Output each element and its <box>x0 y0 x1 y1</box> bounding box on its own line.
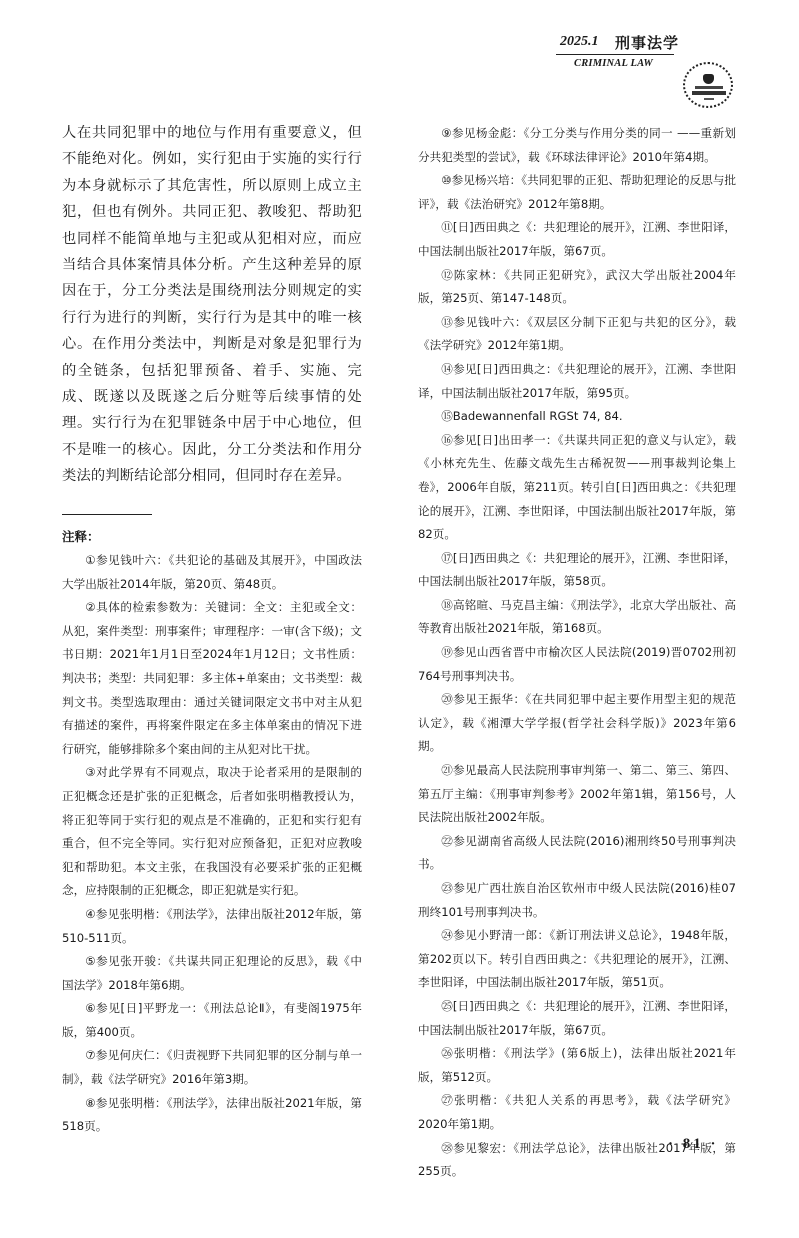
footnote-number: ㉔ <box>441 928 453 942</box>
footnote-separator <box>62 514 152 515</box>
footnote: ⑲参见山西省晋中市榆次区人民法院(2019)晋0702刑初764号刑事判决书。 <box>418 641 736 688</box>
footnote-number: ② <box>85 600 96 614</box>
footnote-number: ⑲ <box>441 645 453 659</box>
logo-text-line <box>692 91 726 95</box>
footnote-number: ⑦ <box>85 1048 96 1062</box>
footnote-number: ⑱ <box>441 598 453 612</box>
footnote-text: 参见张明楷：《刑法学》，法律出版社2012年版，第510-511页。 <box>62 907 362 945</box>
footnotes-left: ①参见钱叶六：《共犯论的基础及其展开》，中国政法大学出版社2014年版，第20页… <box>62 549 362 1139</box>
footnote: ⑫陈家林：《共同正犯研究》，武汉大学出版社2004年版，第25页、第147-14… <box>418 264 736 311</box>
shield-icon <box>703 74 714 84</box>
running-header: 2025.1 刑事法学 CRIMINAL LAW <box>560 34 799 106</box>
footnote-number: ㉑ <box>441 763 453 777</box>
logo-text-line <box>704 98 714 100</box>
footnote-text: 陈家林：《共同正犯研究》，武汉大学出版社2004年版，第25页、第147-148… <box>418 268 736 306</box>
footnote-text: 具体的检索参数为：关键词：全文：主犯或全文：从犯，案件类型：刑事案件；审理程序：… <box>62 600 362 756</box>
footnote-text: 参见广西壮族自治区钦州市中级人民法院(2016)桂07刑终101号刑事判决书。 <box>418 881 736 919</box>
seal-logo-icon <box>683 62 733 108</box>
footnote-text: 参见何庆仁：《归责视野下共同犯罪的区分制与单一制》，载《法学研究》2016年第3… <box>62 1048 362 1086</box>
body-paragraph: 人在共同犯罪中的地位与作用有重要意义，但不能绝对化。例如，实行犯由于实施的实行行… <box>62 120 362 490</box>
footnote-number: ㉒ <box>441 834 453 848</box>
journal-title: 刑事法学 <box>615 32 679 53</box>
footnote: ⑬参见钱叶六：《双层区分制下正犯与共犯的区分》，载《法学研究》2012年第1期。 <box>418 311 736 358</box>
footnote-text: 参见张开骏：《共谋共同正犯理论的反思》，载《中国法学》2018年第6期。 <box>62 954 362 992</box>
issue-number: 2025.1 <box>560 34 599 50</box>
footnote-text: 参见最高人民法院刑事审判第一、第二、第三、第四、第五厅主编：《刑事审判参考》20… <box>418 763 736 824</box>
footnote-text: 高铭暄、马克昌主编：《刑法学》，北京大学出版社、高等教育出版社2021年版，第1… <box>418 598 736 636</box>
footnote-number: ㉓ <box>441 881 453 895</box>
footnote: ㉖张明楷：《刑法学》(第6版上)，法律出版社2021年版，第512页。 <box>418 1042 736 1089</box>
footnote: ⑭参见[日]西田典之：《共犯理论的展开》，江溯、李世阳译，中国法制出版社2017… <box>418 358 736 405</box>
footnote: ㉓参见广西壮族自治区钦州市中级人民法院(2016)桂07刑终101号刑事判决书。 <box>418 877 736 924</box>
footnote-text: Badewannenfall RGSt 74, 84. <box>453 409 623 423</box>
footnote-text: 参见钱叶六：《双层区分制下正犯与共犯的区分》，载《法学研究》2012年第1期。 <box>418 315 736 353</box>
footnote-number: ⑰ <box>441 551 453 565</box>
footnote-text: 参见[日]平野龙一：《刑法总论Ⅱ》，有斐阁1975年版，第400页。 <box>62 1001 362 1039</box>
footnote-text: 参见[日]西田典之：《共犯理论的展开》，江溯、李世阳译，中国法制出版社2017年… <box>418 362 736 400</box>
footnote-number: ⑩ <box>441 173 451 187</box>
footnote-number: ⑤ <box>85 954 96 968</box>
footnote: ⑨参见杨金彪：《分工分类与作用分类的同一 ——重新划分共犯类型的尝试》，载《环球… <box>418 122 736 169</box>
footnote: ⑱高铭暄、马克昌主编：《刑法学》，北京大学出版社、高等教育出版社2021年版，第… <box>418 594 736 641</box>
journal-title-en: CRIMINAL LAW <box>574 58 653 69</box>
footnote: ④参见张明楷：《刑法学》，法律出版社2012年版，第510-511页。 <box>62 903 362 950</box>
footnote: ⑥参见[日]平野龙一：《刑法总论Ⅱ》，有斐阁1975年版，第400页。 <box>62 997 362 1044</box>
footnote-number: ⑪ <box>441 220 453 234</box>
footnote-text: 对此学界有不同观点，取决于论者采用的是限制的正犯概念还是扩张的正犯概念，后者如张… <box>62 765 362 897</box>
footnote: ⑳参见王振华：《在共同犯罪中起主要作用型主犯的规范认定》，载《湘潭大学学报(哲学… <box>418 688 736 759</box>
footnote-number: ㉕ <box>441 999 453 1013</box>
footnote: ⑩参见杨兴培：《共同犯罪的正犯、帮助犯理论的反思与批评》，载《法治研究》2012… <box>418 169 736 216</box>
footnote-number: ⑮ <box>441 409 453 423</box>
footnotes-right: ⑨参见杨金彪：《分工分类与作用分类的同一 ——重新划分共犯类型的尝试》，载《环球… <box>418 122 736 1184</box>
footnote-text: 张明楷：《刑法学》(第6版上)，法律出版社2021年版，第512页。 <box>418 1046 736 1084</box>
footnote-text: 参见王振华：《在共同犯罪中起主要作用型主犯的规范认定》，载《湘潭大学学报(哲学社… <box>418 692 736 753</box>
footnote: ②具体的检索参数为：关键词：全文：主犯或全文：从犯，案件类型：刑事案件；审理程序… <box>62 596 362 761</box>
footnote: ㉔参见小野清一郎：《新订刑法讲义总论》，1948年版，第202页以下。转引自西田… <box>418 924 736 995</box>
footnote: ⑯参见[日]出田孝一：《共谋共同正犯的意义与认定》，载《小林充先生、佐藤文哉先生… <box>418 429 736 547</box>
footnote-number: ③ <box>85 765 96 779</box>
footnote-number: ⑨ <box>441 126 452 140</box>
footnote-text: [日]西田典之《：共犯理论的展开》，江溯、李世阳译，中国法制出版社2017年版，… <box>418 220 736 258</box>
footnote-number: ㉖ <box>441 1046 454 1060</box>
footnote-number: ⑭ <box>441 362 453 376</box>
footnote: ⑦参见何庆仁：《归责视野下共同犯罪的区分制与单一制》，载《法学研究》2016年第… <box>62 1044 362 1091</box>
footnote: ㉕[日]西田典之《：共犯理论的展开》，江溯、李世阳译，中国法制出版社2017年版… <box>418 995 736 1042</box>
footnote: ⑧参见张明楷：《刑法学》，法律出版社2021年版，第518页。 <box>62 1092 362 1139</box>
footnote-number: ① <box>85 553 96 567</box>
footnote: ⑰[日]西田典之《：共犯理论的展开》，江溯、李世阳译，中国法制出版社2017年版… <box>418 547 736 594</box>
logo-text-line <box>695 86 723 89</box>
footnote-number: ⑯ <box>441 433 453 447</box>
footnote-text: 参见山西省晋中市榆次区人民法院(2019)晋0702刑初764号刑事判决书。 <box>418 645 736 683</box>
footnote: ⑤参见张开骏：《共谋共同正犯理论的反思》，载《中国法学》2018年第6期。 <box>62 950 362 997</box>
footnote-text: 张明楷：《共犯人关系的再思考》，载《法学研究》2020年第1期。 <box>418 1093 736 1131</box>
footnote-text: 参见张明楷：《刑法学》，法律出版社2021年版，第518页。 <box>62 1096 362 1134</box>
footnote-number: ⑳ <box>441 692 453 706</box>
header-rule <box>556 54 674 55</box>
footnote-text: 参见杨兴培：《共同犯罪的正犯、帮助犯理论的反思与批评》，载《法治研究》2012年… <box>418 173 736 211</box>
footnote-text: [日]西田典之《：共犯理论的展开》，江溯、李世阳译，中国法制出版社2017年版，… <box>418 999 736 1037</box>
footnote-number: ④ <box>85 907 96 921</box>
footnote-text: 参见湖南省高级人民法院(2016)湘刑终50号刑事判决书。 <box>418 834 736 872</box>
page-number: · 81 · <box>668 1136 719 1153</box>
footnote-number: ㉗ <box>441 1093 454 1107</box>
footnotes-heading: 注释： <box>62 527 100 545</box>
footnote: ③对此学界有不同观点，取决于论者采用的是限制的正犯概念还是扩张的正犯概念，后者如… <box>62 761 362 903</box>
footnote-text: 参见小野清一郎：《新订刑法讲义总论》，1948年版，第202页以下。转引自西田典… <box>418 928 736 989</box>
footnote-number: ⑥ <box>85 1001 96 1015</box>
footnote: ①参见钱叶六：《共犯论的基础及其展开》，中国政法大学出版社2014年版，第20页… <box>62 549 362 596</box>
footnote-text: [日]西田典之《：共犯理论的展开》，江溯、李世阳译，中国法制出版社2017年版，… <box>418 551 736 589</box>
footnote-number: ⑧ <box>85 1096 96 1110</box>
footnote-number: ⑫ <box>441 268 454 282</box>
footnote: ㉗张明楷：《共犯人关系的再思考》，载《法学研究》2020年第1期。 <box>418 1089 736 1136</box>
footnote-number: ㉘ <box>441 1141 453 1155</box>
footnote-number: ⑬ <box>441 315 453 329</box>
footnote: ⑪[日]西田典之《：共犯理论的展开》，江溯、李世阳译，中国法制出版社2017年版… <box>418 216 736 263</box>
footnote-text: 参见杨金彪：《分工分类与作用分类的同一 ——重新划分共犯类型的尝试》，载《环球法… <box>418 126 736 164</box>
body-column: 人在共同犯罪中的地位与作用有重要意义，但不能绝对化。例如，实行犯由于实施的实行行… <box>62 120 362 490</box>
footnote-text: 参见钱叶六：《共犯论的基础及其展开》，中国政法大学出版社2014年版，第20页、… <box>62 553 362 591</box>
footnote-text: 参见[日]出田孝一：《共谋共同正犯的意义与认定》，载《小林充先生、佐藤文哉先生古… <box>418 433 736 541</box>
footnote: ㉑参见最高人民法院刑事审判第一、第二、第三、第四、第五厅主编：《刑事审判参考》2… <box>418 759 736 830</box>
footnote: ⑮Badewannenfall RGSt 74, 84. <box>418 405 736 429</box>
footnote: ㉒参见湖南省高级人民法院(2016)湘刑终50号刑事判决书。 <box>418 830 736 877</box>
